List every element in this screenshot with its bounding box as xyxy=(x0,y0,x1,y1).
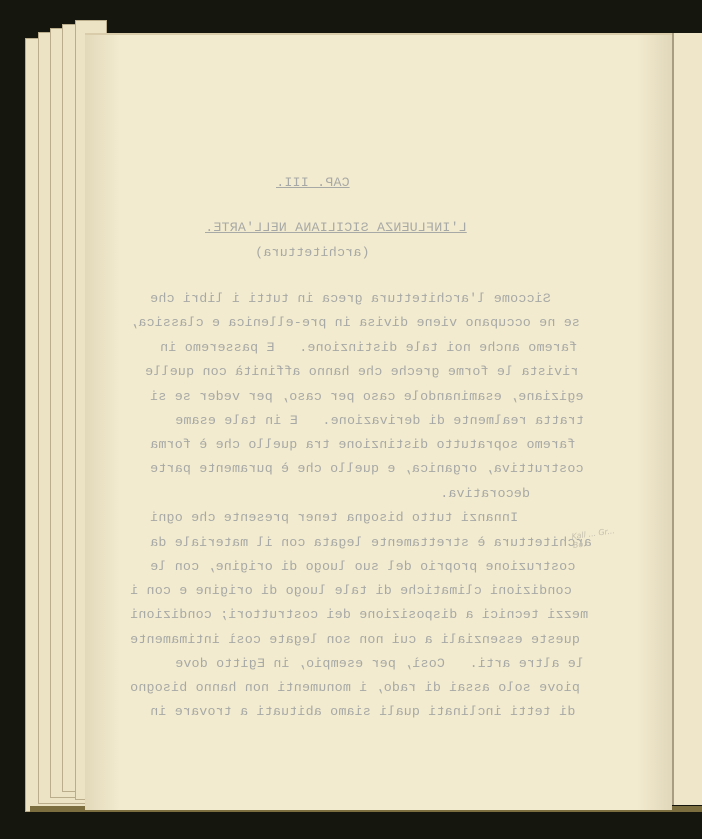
text-line: condizioni climatiche di tale luogo di o… xyxy=(130,583,572,598)
text-line: faremo anche noi tale distinzione. E pas… xyxy=(160,340,577,355)
text-line: mezzi tecnici a disposizione dei costrut… xyxy=(130,607,588,622)
text-line: Siccome l'architettura greca in tutti i … xyxy=(150,291,551,306)
text-line: queste essenziali a cui non son legate c… xyxy=(130,632,580,647)
chapter-heading: L'INFLUENZA SICILIANA NELL'ARTE. xyxy=(205,220,467,235)
text-line: piove solo assai di rado, i monumenti no… xyxy=(130,680,580,695)
text-line: architettura è strettamente legata con i… xyxy=(150,535,592,550)
text-line: tratta realmente di derivazione. E in ta… xyxy=(175,413,584,428)
chapter-subheading: (architettura) xyxy=(255,245,370,260)
text-line: rivista le forme greche che hanno affini… xyxy=(145,364,579,379)
text-line: di tetti inclinati quali siamo abituati … xyxy=(150,704,575,719)
text-line: Innanzi tutto bisogna tener presente che… xyxy=(150,510,518,525)
chapter-title: CAP. III. xyxy=(276,175,350,190)
text-line: faremo sopratutto distinzione tra quello… xyxy=(150,437,575,452)
text-line: egiziane, esaminandole caso per caso, pe… xyxy=(150,389,584,404)
text-line: se ne occupano viene divisa in pre-ellen… xyxy=(130,315,580,330)
text-line: costruttiva, organica, e quello che è pu… xyxy=(150,461,584,476)
text-line: costruzione proprio del suo luogo di ori… xyxy=(150,559,575,574)
text-line: decorativa. xyxy=(440,486,530,501)
facing-page-edge xyxy=(672,33,702,805)
text-line: le altre arti. Così, per esempio, in Egi… xyxy=(175,656,584,671)
